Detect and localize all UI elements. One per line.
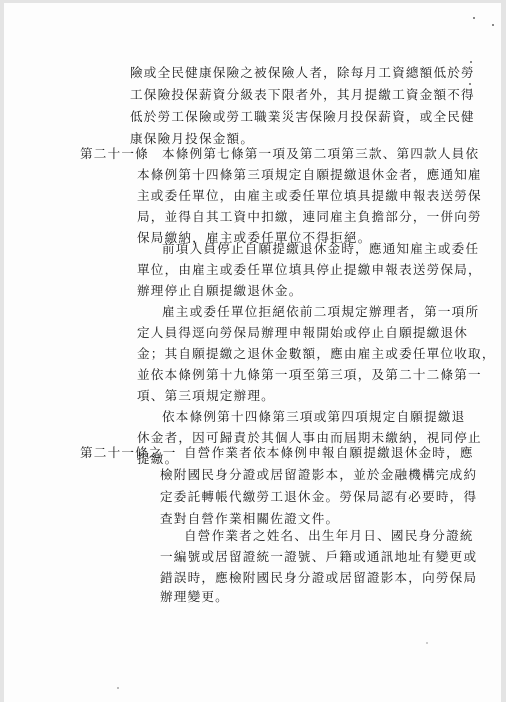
text-line: 單位，由雇主或委任單位填具停止提繳申報表送勞保局， bbox=[137, 262, 482, 278]
text-line: 並依本條例第十九條第一項至第三項，及第二十二條第一 bbox=[137, 367, 482, 383]
text-line: 自營作業者之姓名、出生年月日、國民身分證統 bbox=[184, 528, 474, 544]
text-line: 雇主或委任單位拒絕依前二項規定辦理者，第一項所 bbox=[162, 304, 479, 320]
text-line: 錯誤時，應檢附國民身分證或居留證影本，向勞保局 bbox=[160, 570, 477, 586]
scan-speck bbox=[469, 83, 471, 85]
text-line: 康保險月投保金額。 bbox=[130, 131, 254, 147]
text-line: 依本條例第十四條第三項或第四項規定自願提繳退 bbox=[162, 409, 465, 425]
text-line: 本條例第十四條第三項規定自願提繳退休金者，應通知雇 bbox=[137, 167, 482, 183]
text-line: 工保險投保薪資分級表下限者外，其月提繳工資金額不得 bbox=[130, 87, 475, 103]
text-line: 辦理停止自願提繳退休金。 bbox=[137, 283, 303, 299]
text-line: 定委託轉帳代繳勞工退休金。勞保局認有必要時，得 bbox=[160, 489, 477, 505]
text-line: 金；其自願提繳之退休金數額，應由雇主或委任單位收取， bbox=[137, 346, 496, 362]
text-line: 低於勞工保險或勞工職業災害保險月投保薪資，或全民健 bbox=[130, 109, 475, 125]
text-line: 檢附國民身分證或居留證影本，並於金融機構完成約 bbox=[160, 467, 477, 483]
text-line: 一編號或居留證統一證號、戶籍或通訊地址有變更或 bbox=[160, 549, 477, 565]
scan-speck bbox=[117, 687, 119, 689]
text-line: 辦理變更。 bbox=[160, 589, 229, 605]
text-line: 局，並得自其工資中扣繳，連同雇主負擔部分，一併向勞 bbox=[137, 209, 482, 225]
text-line: 自營作業者依本條例申報自願提繳退休金時，應 bbox=[184, 445, 474, 461]
text-line: 休金者，因可歸責於其個人事由而屆期未繳納，視同停止 bbox=[137, 430, 482, 446]
text-line: 本條例第七條第一項及第二項第三款、第四款人員依 bbox=[162, 146, 479, 162]
scan-speck bbox=[470, 61, 472, 63]
text-line: 前項人員停止自願提繳退休金時，應通知雇主或委任 bbox=[162, 241, 479, 257]
article-label: 第二十一條 bbox=[80, 146, 149, 162]
text-line: 定人員得逕向勞保局辦理申報開始或停止自願提繳退休 bbox=[137, 325, 468, 341]
scan-speck bbox=[492, 24, 494, 26]
text-line: 主或委任單位，由雇主或委任單位填具提繳申報表送勞保 bbox=[137, 188, 482, 204]
scan-speck bbox=[473, 17, 475, 19]
document-page: 險或全民健康保險之被保險人者，除每月工資總額低於勞 工保險投保薪資分級表下限者外… bbox=[4, 3, 501, 702]
text-line: 險或全民健康保險之被保險人者，除每月工資總額低於勞 bbox=[130, 65, 475, 81]
text-line: 查對自營作業相關佐證文件。 bbox=[160, 511, 339, 527]
text-line: 項、第三項規定辦理。 bbox=[137, 388, 275, 404]
article-label: 第二十一條之一 bbox=[80, 445, 177, 461]
scan-speck bbox=[426, 642, 428, 644]
